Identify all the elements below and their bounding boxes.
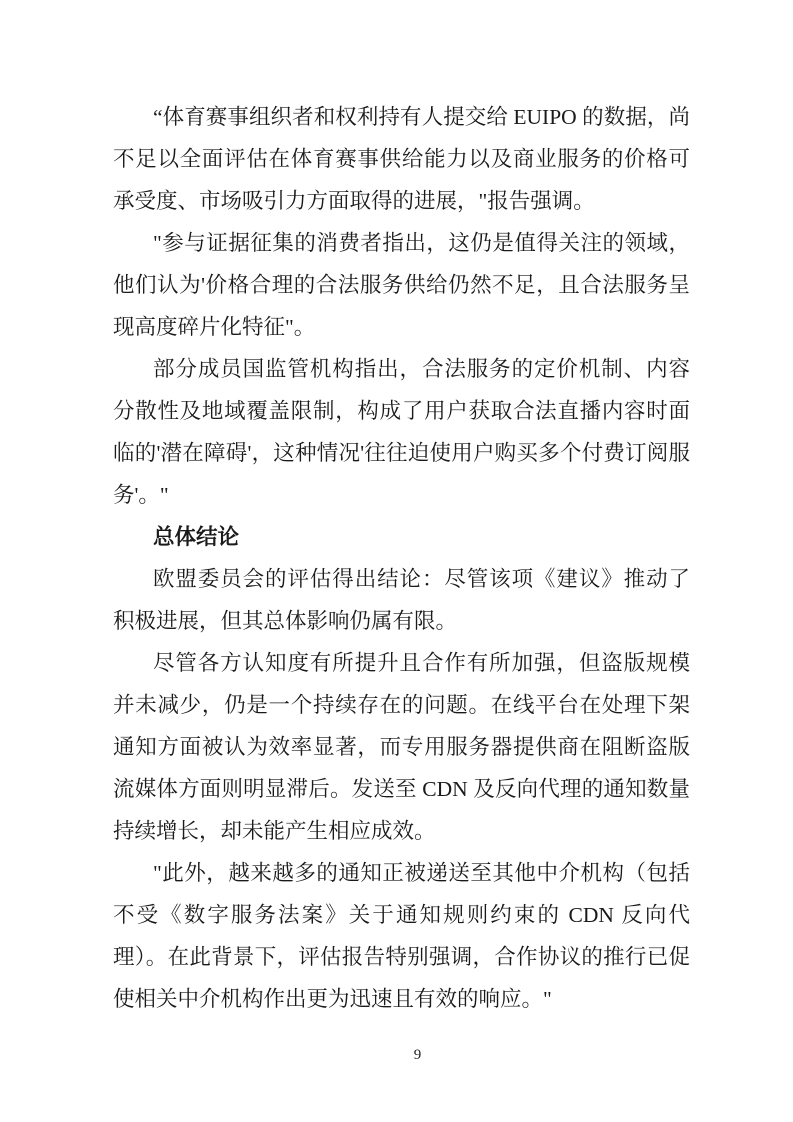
page-number: 9 bbox=[42, 1044, 793, 1066]
document-body: “体育赛事组织者和权利持有人提交给 EUIPO 的数据，尚不足以全面评估在体育赛… bbox=[113, 96, 690, 1020]
paragraph-euipo-data-quote: “体育赛事组织者和权利持有人提交给 EUIPO 的数据，尚不足以全面评估在体育赛… bbox=[113, 96, 690, 222]
paragraph-piracy-persistence: 尽管各方认知度有所提升且合作有所加强，但盗版规模并未减少，仍是一个持续存在的问题… bbox=[113, 642, 690, 852]
document-page: “体育赛事组织者和权利持有人提交给 EUIPO 的数据，尚不足以全面评估在体育赛… bbox=[0, 0, 793, 1122]
heading-overall-conclusion: 总体结论 bbox=[113, 516, 690, 558]
paragraph-intermediaries-quote: "此外，越来越多的通知正被递送至其他中介机构（包括不受《数字服务法案》关于通知规… bbox=[113, 852, 690, 1020]
paragraph-consumer-feedback: "参与证据征集的消费者指出，这仍是值得关注的领域，他们认为'价格合理的合法服务供… bbox=[113, 222, 690, 348]
paragraph-member-state-regulators: 部分成员国监管机构指出，合法服务的定价机制、内容分散性及地域覆盖限制，构成了用户… bbox=[113, 348, 690, 516]
paragraph-commission-assessment: 欧盟委员会的评估得出结论：尽管该项《建议》推动了积极进展，但其总体影响仍属有限。 bbox=[113, 558, 690, 642]
